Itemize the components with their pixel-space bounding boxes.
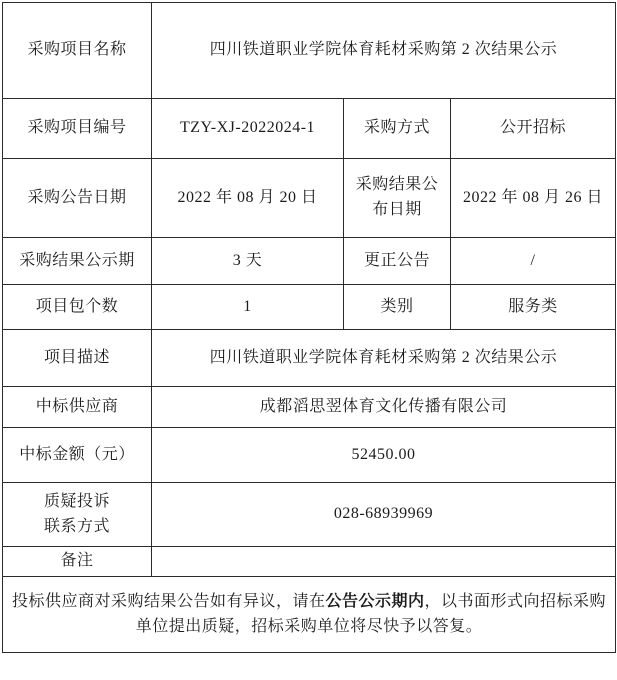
project-number-label: 采购项目编号	[3, 99, 152, 159]
row-announcement-date: 采购公告日期 2022 年 08 月 20 日 采购结果公布日期 2022 年 …	[3, 159, 616, 238]
announcement-date-value: 2022 年 08 月 20 日	[152, 159, 344, 238]
project-description-value: 四川铁道职业学院体育耗材采购第 2 次结果公示	[152, 330, 616, 387]
winning-amount-label: 中标金额（元）	[3, 428, 152, 483]
procurement-announcement-page: 采购项目名称 四川铁道职业学院体育耗材采购第 2 次结果公示 采购项目编号 TZ…	[0, 0, 617, 680]
package-count-label: 项目包个数	[3, 285, 152, 330]
row-project-name: 采购项目名称 四川铁道职业学院体育耗材采购第 2 次结果公示	[3, 3, 616, 99]
announcement-date-label: 采购公告日期	[3, 159, 152, 238]
row-remarks: 备注	[3, 547, 616, 577]
result-publish-date-label: 采购结果公布日期	[344, 159, 451, 238]
row-footer-note: 投标供应商对采购结果公告如有异议，请在公告公示期内，以书面形式向招标采购单位提出…	[3, 577, 616, 653]
row-winning-supplier: 中标供应商 成都滔思翌体育文化传播有限公司	[3, 387, 616, 428]
row-project-number: 采购项目编号 TZY-XJ-2022024-1 采购方式 公开招标	[3, 99, 616, 159]
objection-note-bold: 公告公示期内	[326, 593, 425, 610]
row-project-description: 项目描述 四川铁道职业学院体育耗材采购第 2 次结果公示	[3, 330, 616, 387]
project-number-value: TZY-XJ-2022024-1	[152, 99, 344, 159]
row-complaint-contact: 质疑投诉 联系方式 028-68939969	[3, 483, 616, 547]
row-package-count: 项目包个数 1 类别 服务类	[3, 285, 616, 330]
remarks-label: 备注	[3, 547, 152, 577]
publicity-period-value: 3 天	[152, 238, 344, 285]
procurement-result-table: 采购项目名称 四川铁道职业学院体育耗材采购第 2 次结果公示 采购项目编号 TZ…	[2, 2, 616, 653]
procurement-method-value: 公开招标	[451, 99, 616, 159]
complaint-contact-label: 质疑投诉 联系方式	[3, 483, 152, 547]
objection-note: 投标供应商对采购结果公告如有异议，请在公告公示期内，以书面形式向招标采购单位提出…	[3, 577, 616, 653]
project-description-label: 项目描述	[3, 330, 152, 387]
winning-supplier-value: 成都滔思翌体育文化传播有限公司	[152, 387, 616, 428]
project-name-label: 采购项目名称	[3, 3, 152, 99]
package-count-value: 1	[152, 285, 344, 330]
row-publicity-period: 采购结果公示期 3 天 更正公告 /	[3, 238, 616, 285]
category-value: 服务类	[451, 285, 616, 330]
complaint-contact-value: 028-68939969	[152, 483, 616, 547]
procurement-method-label: 采购方式	[344, 99, 451, 159]
category-label: 类别	[344, 285, 451, 330]
correction-notice-label: 更正公告	[344, 238, 451, 285]
winning-supplier-label: 中标供应商	[3, 387, 152, 428]
winning-amount-value: 52450.00	[152, 428, 616, 483]
objection-note-pre: 投标供应商对采购结果公告如有异议，请在	[12, 593, 326, 610]
remarks-value	[152, 547, 616, 577]
correction-notice-value: /	[451, 238, 616, 285]
publicity-period-label: 采购结果公示期	[3, 238, 152, 285]
row-winning-amount: 中标金额（元） 52450.00	[3, 428, 616, 483]
result-publish-date-value: 2022 年 08 月 26 日	[451, 159, 616, 238]
project-name-value: 四川铁道职业学院体育耗材采购第 2 次结果公示	[152, 3, 616, 99]
